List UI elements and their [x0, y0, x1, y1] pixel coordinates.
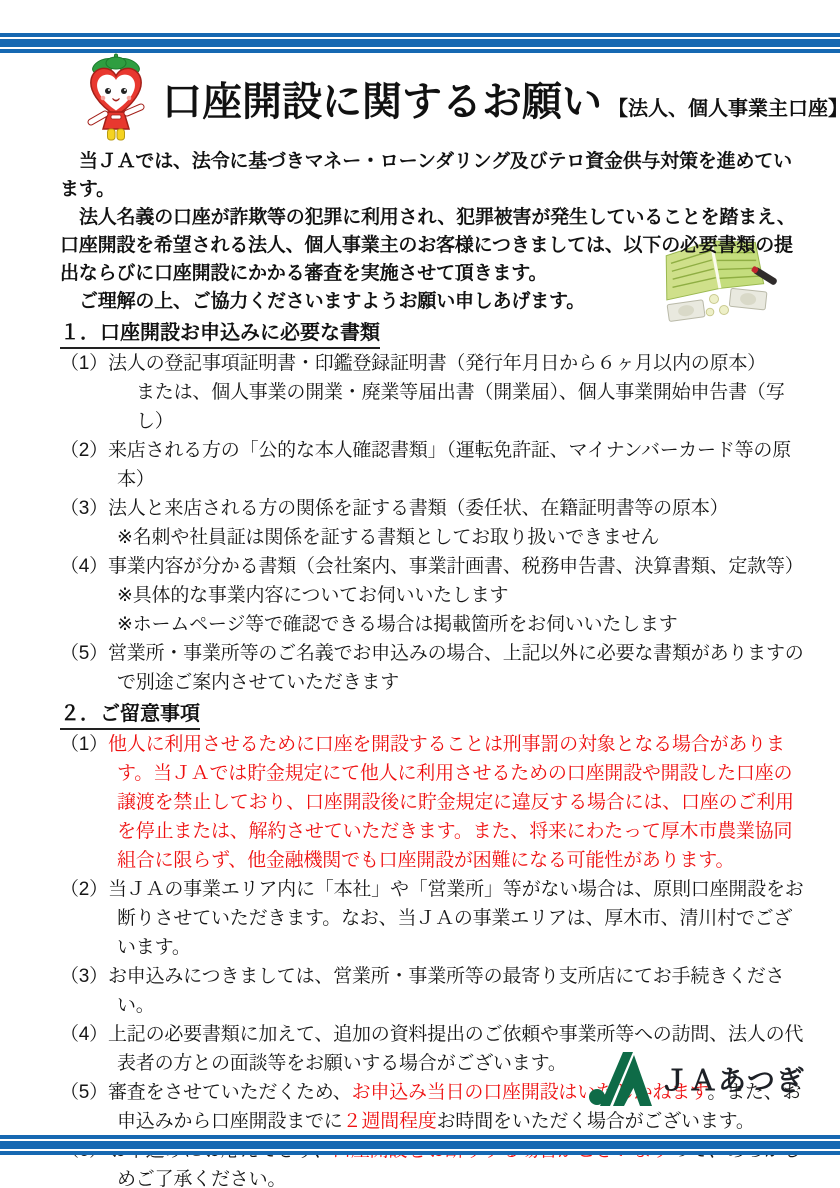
bottom-border-stripes: [0, 1135, 840, 1155]
document-list-row: （5）営業所・事業所等のご名義でお申込みの場合、上記以外に必要な書類がありますの…: [60, 639, 804, 697]
section2-heading: ２．ご留意事項: [60, 697, 804, 730]
document-header: 口座開設に関するお願い 【法人、個人事業主口座】: [74, 52, 840, 144]
section2-notes-list: （1）他人に利用させるために口座を開設することは刑事罰の対象となる場合があります…: [60, 730, 804, 1188]
list-item-text: 営業所・事業所等のご名義でお申込みの場合、上記以外に必要な書類がありますので別途…: [108, 643, 804, 693]
page-title-suffix: 【法人、個人事業主口座】: [608, 92, 840, 121]
document-list-row: （4）事業内容が分かる書類（会社案内、事業計画書、税務申告書、決算書類、定款等）: [60, 552, 804, 581]
ja-atsugi-logo: ＪＡあつぎ: [588, 1050, 805, 1108]
document-note-row: ※具体的な事業内容についてお伺いいたします: [60, 581, 804, 610]
section1-required-documents-list: （1）法人の登記事項証明書・印鑑登録証明書（発行年月日から６ヶ月以内の原本）また…: [60, 349, 804, 697]
list-item-text: 来店される方の「公的な本人確認書類」（運転免許証、マイナンバーカード等の原本）: [108, 440, 791, 490]
list-item-number: （1）: [60, 353, 108, 374]
body-text: 当ＪＡの事業エリア内に「本社」や「営業所」等がない場合は、原則口座開設をお断りさ…: [108, 879, 804, 958]
intro-paragraph-1: 当ＪＡでは、法令に基づきマネー・ローンダリング及びテロ資金供与対策を進めています…: [60, 148, 804, 204]
intro-paragraph-3: ご理解の上、ご協力くださいますようお願い申しあげます。: [60, 288, 804, 316]
warning-text-red: 他人に利用させるために口座を開設することは刑事罰の対象となる場合があります。当Ｊ…: [108, 734, 794, 871]
list-item-number: （3）: [60, 498, 108, 519]
document-list-row: （1）法人の登記事項証明書・印鑑登録証明書（発行年月日から６ヶ月以内の原本）: [60, 349, 804, 378]
document-note-row: ※名刺や社員証は関係を証する書類としてお取り扱いできません: [60, 523, 804, 552]
list-item-number: （3）: [60, 966, 108, 987]
list-item-text: 事業内容が分かる書類（会社案内、事業計画書、税務申告書、決算書類、定款等）: [108, 556, 804, 577]
page-title: 口座開設に関するお願い: [162, 70, 602, 127]
ja-logo-text: ＪＡあつぎ: [660, 1059, 805, 1099]
top-border-stripes: [0, 33, 840, 53]
ja-logo-icon: [588, 1050, 652, 1108]
intro-paragraphs: 当ＪＡでは、法令に基づきマネー・ローンダリング及びテロ資金供与対策を進めています…: [60, 148, 804, 316]
list-item-number: （4）: [60, 556, 108, 577]
list-item-number: （4）: [60, 1024, 108, 1045]
section1-heading: １．口座開設お申込みに必要な書類: [60, 316, 804, 349]
list-item-number: （5）: [60, 1082, 108, 1103]
body-text: お時間をいただく場合がございます。: [437, 1111, 755, 1132]
intro-paragraph-2: 法人名義の口座が詐欺等の犯罪に利用され、犯罪被害が発生していることを踏まえ、口座…: [60, 204, 804, 288]
list-item-text: 法人の登記事項証明書・印鑑登録証明書（発行年月日から６ヶ月以内の原本）: [108, 353, 766, 374]
document-list-row: （3）法人と来店される方の関係を証する書類（委任状、在籍証明書等の原本）: [60, 494, 804, 523]
list-item-number: （2）: [60, 440, 108, 461]
warning-text-red: ２週間程度: [343, 1111, 437, 1132]
document-page: 口座開設に関するお願い 【法人、個人事業主口座】: [0, 0, 840, 1188]
tomato-mascot-icon: [74, 52, 158, 144]
notes-list-row: （1）他人に利用させるために口座を開設することは刑事罰の対象となる場合があります…: [60, 730, 804, 875]
list-item-number: （5）: [60, 643, 108, 664]
body-text: 審査をさせていただくため、: [108, 1082, 352, 1103]
document-note-row: ※ホームページ等で確認できる場合は掲載箇所をお伺いいたします: [60, 610, 804, 639]
document-list-row: （2）来店される方の「公的な本人確認書類」（運転免許証、マイナンバーカード等の原…: [60, 436, 804, 494]
list-item-number: （2）: [60, 879, 108, 900]
body-text: お申込みにつきましては、営業所・事業所等の最寄り支所店にてお手続きください。: [108, 966, 784, 1016]
main-content: 当ＪＡでは、法令に基づきマネー・ローンダリング及びテロ資金供与対策を進めています…: [60, 148, 804, 1188]
list-item-text: 法人と来店される方の関係を証する書類（委任状、在籍証明書等の原本）: [108, 498, 728, 519]
document-list-row: または、個人事業の開業・廃業等届出書（開業届）、個人事業開始申告書（写し）: [60, 378, 804, 436]
notes-list-row: （2）当ＪＡの事業エリア内に「本社」や「営業所」等がない場合は、原則口座開設をお…: [60, 875, 804, 962]
list-item-number: （1）: [60, 734, 108, 755]
notes-list-row: （3）お申込みにつきましては、営業所・事業所等の最寄り支所店にてお手続きください…: [60, 962, 804, 1020]
